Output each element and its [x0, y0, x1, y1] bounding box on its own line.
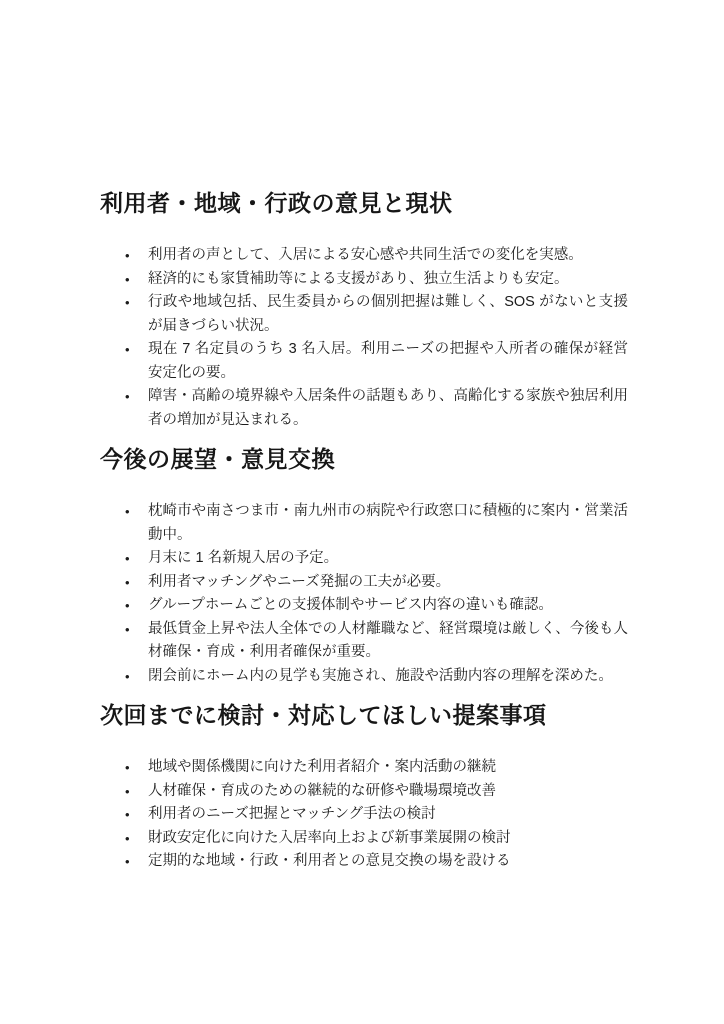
bullet-item: •利用者マッチングやニーズ発掘の工夫が必要。: [148, 571, 628, 595]
bullet-text: 地域や関係機関に向けた利用者紹介・案内活動の継続: [148, 759, 496, 775]
bullet-item: •最低賃金上昇や法人全体での人材離職など、経営環境は厳しく、今後も人材確保・育成…: [148, 618, 628, 665]
bullet-icon: •: [125, 571, 130, 595]
bullet-text: 人材確保・育成のための継続的な研修や職場環境改善: [148, 783, 496, 799]
bullet-icon: •: [125, 500, 130, 524]
bullet-item: •障害・高齢の境界線や入居条件の話題もあり、高齢化する家族や独居利用者の増加が見…: [148, 385, 628, 432]
bullet-text: 現在 7 名定員のうち 3 名入居。利用ニーズの把握や入所者の確保が経営安定化の…: [148, 341, 628, 381]
bullet-list: •枕崎市や南さつま市・南九州市の病院や行政窓口に積極的に案内・営業活動中。 •月…: [100, 500, 628, 688]
bullet-icon: •: [125, 291, 130, 315]
bullet-icon: •: [125, 850, 130, 874]
bullet-icon: •: [125, 594, 130, 618]
bullet-item: •定期的な地域・行政・利用者との意見交換の場を設ける: [148, 850, 628, 874]
bullet-icon: •: [125, 268, 130, 292]
bullet-text: グループホームごとの支援体制やサービス内容の違いも確認。: [148, 597, 553, 613]
bullet-text: 最低賃金上昇や法人全体での人材離職など、経営環境は厳しく、今後も人材確保・育成・…: [148, 621, 628, 661]
page-content: 利用者・地域・行政の意見と現状 •利用者の声として、入居による安心感や共同生活で…: [0, 0, 724, 874]
bullet-item: •現在 7 名定員のうち 3 名入居。利用ニーズの把握や入所者の確保が経営安定化…: [148, 338, 628, 385]
bullet-item: •人材確保・育成のための継続的な研修や職場環境改善: [148, 780, 628, 804]
bullet-item: •利用者の声として、入居による安心感や共同生活での変化を実感。: [148, 244, 628, 268]
bullet-icon: •: [125, 244, 130, 268]
bullet-list: •利用者の声として、入居による安心感や共同生活での変化を実感。 •経済的にも家賃…: [100, 244, 628, 432]
bullet-item: •経済的にも家賃補助等による支援があり、独立生活よりも安定。: [148, 268, 628, 292]
bullet-text: 利用者マッチングやニーズ発掘の工夫が必要。: [148, 574, 450, 590]
document-page: 利用者・地域・行政の意見と現状 •利用者の声として、入居による安心感や共同生活で…: [0, 0, 724, 1024]
bullet-item: •枕崎市や南さつま市・南九州市の病院や行政窓口に積極的に案内・営業活動中。: [148, 500, 628, 547]
bullet-text: 閉会前にホーム内の見学も実施され、施設や活動内容の理解を深めた。: [148, 668, 613, 684]
bullet-text: 障害・高齢の境界線や入居条件の話題もあり、高齢化する家族や独居利用者の増加が見込…: [148, 388, 628, 428]
section-future-outlook: 今後の展望・意見交換 •枕崎市や南さつま市・南九州市の病院や行政窓口に積極的に案…: [100, 446, 628, 688]
bullet-text: 利用者の声として、入居による安心感や共同生活での変化を実感。: [148, 247, 583, 263]
bullet-icon: •: [125, 385, 130, 409]
bullet-item: •グループホームごとの支援体制やサービス内容の違いも確認。: [148, 594, 628, 618]
bullet-text: 枕崎市や南さつま市・南九州市の病院や行政窓口に積極的に案内・営業活動中。: [148, 503, 628, 543]
bullet-item: •行政や地域包括、民生委員からの個別把握は難しく、SOS がないと支援が届きづら…: [148, 291, 628, 338]
bullet-text: 財政安定化に向けた入居率向上および新事業展開の検討: [148, 830, 511, 846]
bullet-text: 定期的な地域・行政・利用者との意見交換の場を設ける: [148, 853, 511, 869]
bullet-icon: •: [125, 827, 130, 851]
bullet-item: •地域や関係機関に向けた利用者紹介・案内活動の継続: [148, 756, 628, 780]
bullet-icon: •: [125, 547, 130, 571]
bullet-icon: •: [125, 780, 130, 804]
section-user-region-gov-opinions: 利用者・地域・行政の意見と現状 •利用者の声として、入居による安心感や共同生活で…: [100, 190, 628, 432]
section-heading: 今後の展望・意見交換: [100, 446, 628, 473]
bullet-icon: •: [125, 338, 130, 362]
bullet-item: •月末に 1 名新規入居の予定。: [148, 547, 628, 571]
bullet-icon: •: [125, 618, 130, 642]
section-heading: 次回までに検討・対応してほしい提案事項: [100, 702, 628, 729]
bullet-list: •地域や関係機関に向けた利用者紹介・案内活動の継続 •人材確保・育成のための継続…: [100, 756, 628, 874]
section-heading: 利用者・地域・行政の意見と現状: [100, 190, 628, 217]
bullet-icon: •: [125, 665, 130, 689]
section-proposals-for-next-time: 次回までに検討・対応してほしい提案事項 •地域や関係機関に向けた利用者紹介・案内…: [100, 702, 628, 874]
bullet-text: 行政や地域包括、民生委員からの個別把握は難しく、SOS がないと支援が届きづらい…: [148, 294, 628, 334]
bullet-icon: •: [125, 756, 130, 780]
bullet-icon: •: [125, 803, 130, 827]
bullet-item: •利用者のニーズ把握とマッチング手法の検討: [148, 803, 628, 827]
bullet-item: •閉会前にホーム内の見学も実施され、施設や活動内容の理解を深めた。: [148, 665, 628, 689]
bullet-text: 経済的にも家賃補助等による支援があり、独立生活よりも安定。: [148, 271, 569, 287]
bullet-text: 利用者のニーズ把握とマッチング手法の検討: [148, 806, 436, 822]
bullet-item: •財政安定化に向けた入居率向上および新事業展開の検討: [148, 827, 628, 851]
bullet-text: 月末に 1 名新規入居の予定。: [148, 550, 338, 566]
